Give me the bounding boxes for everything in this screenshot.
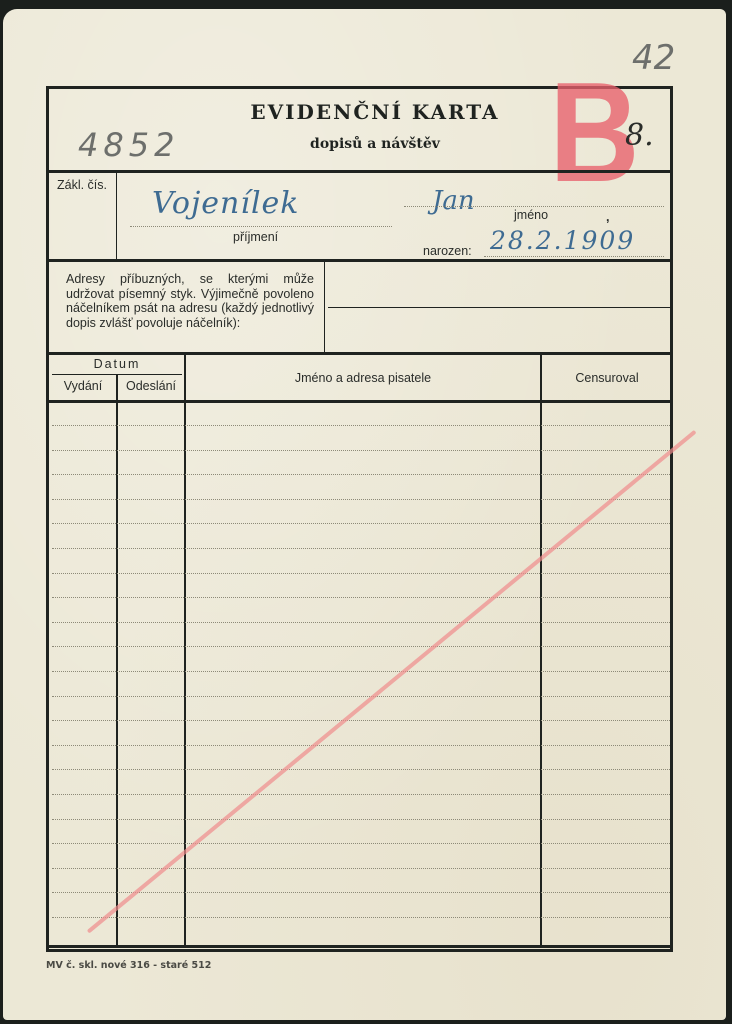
divider <box>49 400 671 403</box>
column-divider <box>184 355 186 947</box>
divider <box>49 259 671 262</box>
divider <box>49 945 671 948</box>
col-vydani: Vydání <box>50 379 116 393</box>
stamp-suffix: 8. <box>625 118 654 153</box>
category-stamp: B <box>549 70 612 195</box>
table-row[interactable] <box>52 474 670 475</box>
table-row[interactable] <box>52 917 670 918</box>
address-line-1[interactable] <box>328 307 670 308</box>
addresses-note: Adresy příbuzných, se kterými může udržo… <box>66 272 314 330</box>
birth-line <box>484 256 664 257</box>
table-row[interactable] <box>52 720 670 721</box>
datum-header: Datum <box>50 357 184 371</box>
table-row[interactable] <box>52 622 670 623</box>
form-title: EVIDENČNÍ KARTA <box>180 100 570 124</box>
first-name-line <box>404 206 664 207</box>
form-subtitle: dopisů a návštěv <box>180 136 570 152</box>
base-number-label: Zákl. čís. <box>57 178 107 192</box>
col-writer: Jméno a adresa pisatele <box>186 371 540 385</box>
birth-label: narozen: <box>423 244 472 258</box>
table-row[interactable] <box>52 548 670 549</box>
col-odeslani: Odeslání <box>117 379 185 393</box>
first-name-value[interactable]: Jan <box>432 186 475 216</box>
table-row[interactable] <box>52 843 670 844</box>
table-row[interactable] <box>52 819 670 820</box>
card-number: 4852 <box>78 126 179 164</box>
surname-line <box>130 226 392 227</box>
comma: , <box>606 210 609 224</box>
divider <box>49 170 671 173</box>
divider <box>49 352 671 355</box>
table-row[interactable] <box>52 499 670 500</box>
form-frame <box>46 86 673 952</box>
table-row[interactable] <box>52 769 670 770</box>
birth-date-value[interactable]: 28.2.1909 <box>490 226 635 255</box>
table-row[interactable] <box>52 745 670 746</box>
table-row[interactable] <box>52 523 670 524</box>
surname-value[interactable]: Vojenílek <box>152 186 299 221</box>
divider <box>116 173 117 259</box>
table-row[interactable] <box>52 868 670 869</box>
column-divider <box>116 375 118 947</box>
table-row[interactable] <box>52 597 670 598</box>
first-name-label: jméno <box>514 208 548 222</box>
column-divider <box>540 355 542 947</box>
table-row[interactable] <box>52 671 670 672</box>
table-row[interactable] <box>52 794 670 795</box>
table-row[interactable] <box>52 696 670 697</box>
col-censored: Censuroval <box>542 371 672 385</box>
table-row[interactable] <box>52 425 670 426</box>
table-row[interactable] <box>52 450 670 451</box>
surname-label: příjmení <box>233 230 278 244</box>
table-row[interactable] <box>52 646 670 647</box>
table-row[interactable] <box>52 892 670 893</box>
form-footer: MV č. skl. nové 316 - staré 512 <box>46 960 211 971</box>
divider <box>324 262 325 352</box>
table-row[interactable] <box>52 573 670 574</box>
